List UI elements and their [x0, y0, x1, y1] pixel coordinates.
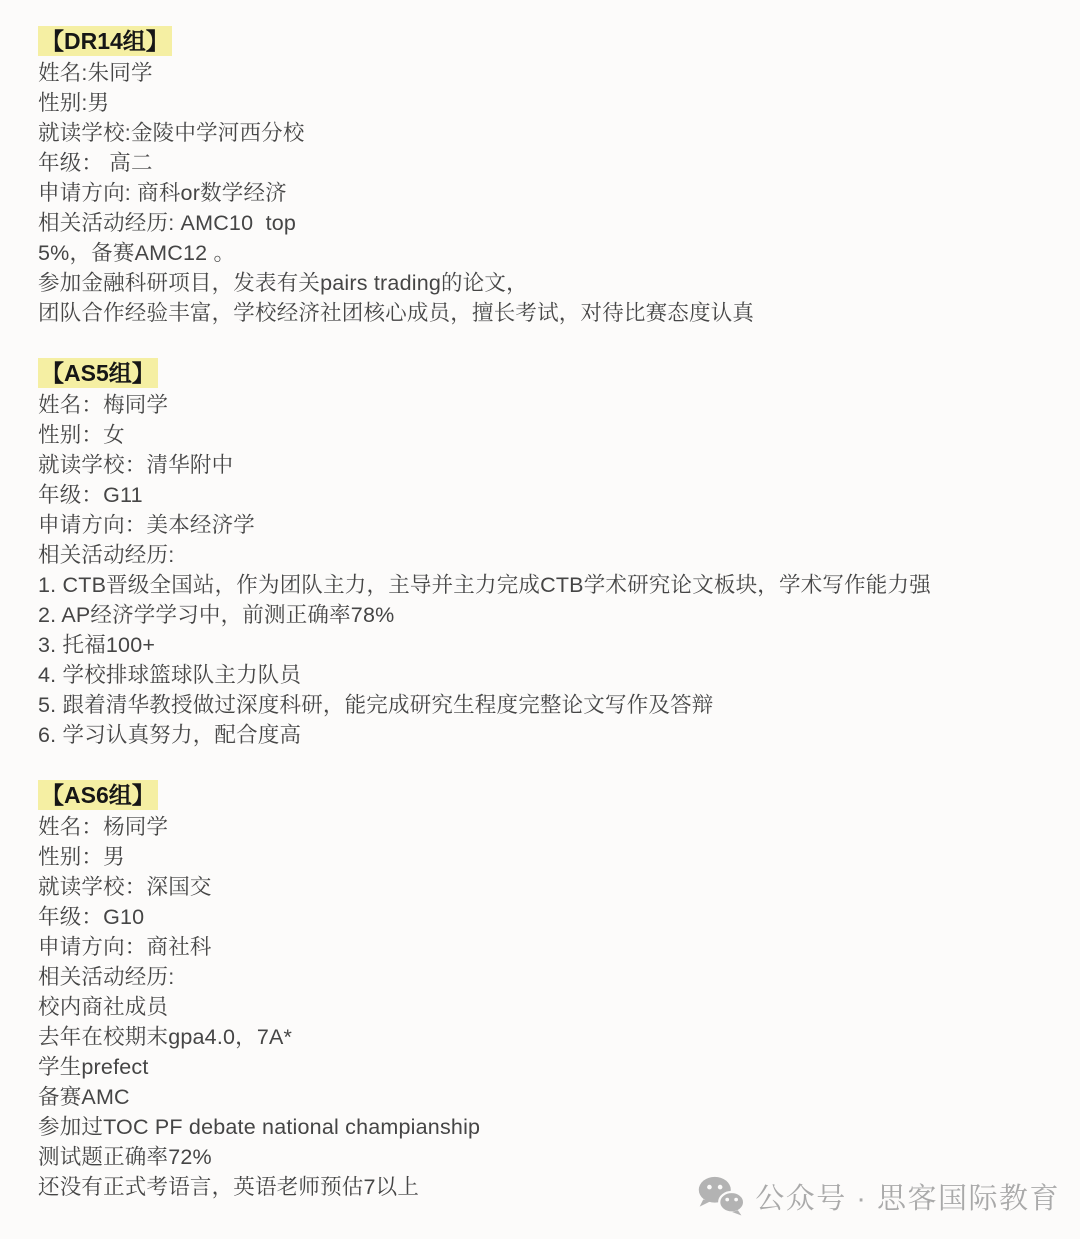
profile-line: 年级： 高二 — [38, 148, 1044, 178]
watermark: 公众号 · 思客国际教育 — [697, 1175, 1060, 1217]
profile-line: 参加金融科研项目，发表有关pairs trading的论文， — [38, 268, 1044, 298]
profile-line: 姓名：杨同学 — [38, 812, 1044, 842]
group-title: 【AS5组】 — [38, 358, 158, 388]
profile-line: 去年在校期末gpa4.0，7A* — [38, 1022, 1044, 1052]
group-lines: 姓名：梅同学性别：女就读学校：清华附中年级：G11申请方向：美本经济学相关活动经… — [38, 390, 1044, 750]
profile-line: 团队合作经验丰富，学校经济社团核心成员，擅长考试，对待比赛态度认真 — [38, 298, 1044, 328]
profile-line: 校内商社成员 — [38, 992, 1044, 1022]
profile-group: 【AS6组】 姓名：杨同学性别：男就读学校：深国交年级：G10申请方向：商社科相… — [38, 780, 1044, 1202]
group-title-row: 【DR14组】 — [38, 26, 1044, 58]
group-lines: 姓名：杨同学性别：男就读学校：深国交年级：G10申请方向：商社科相关活动经历:校… — [38, 812, 1044, 1202]
profile-line: 备赛AMC — [38, 1082, 1044, 1112]
profile-line: 性别:男 — [38, 88, 1044, 118]
group-title: 【DR14组】 — [38, 26, 172, 56]
profile-line: 测试题正确率72% — [38, 1142, 1044, 1172]
profile-line: 5. 跟着清华教授做过深度科研，能完成研究生程度完整论文写作及答辩 — [38, 690, 1044, 720]
profile-line: 年级：G10 — [38, 902, 1044, 932]
profile-line: 4. 学校排球篮球队主力队员 — [38, 660, 1044, 690]
group-title-row: 【AS6组】 — [38, 780, 1044, 812]
profile-line: 5%，备赛AMC12 。 — [38, 238, 1044, 268]
profile-line: 相关活动经历: — [38, 962, 1044, 992]
profile-line: 性别：男 — [38, 842, 1044, 872]
profile-line: 相关活动经历: AMC10 top — [38, 208, 1044, 238]
profile-line: 年级：G11 — [38, 480, 1044, 510]
profiles: 【DR14组】 姓名:朱同学性别:男就读学校:金陵中学河西分校年级： 高二申请方… — [0, 0, 1080, 1202]
profile-group: 【DR14组】 姓名:朱同学性别:男就读学校:金陵中学河西分校年级： 高二申请方… — [38, 26, 1044, 328]
group-title-row: 【AS5组】 — [38, 358, 1044, 390]
profile-line: 申请方向：美本经济学 — [38, 510, 1044, 540]
profile-line: 参加过TOC PF debate national champianship — [38, 1112, 1044, 1142]
group-lines: 姓名:朱同学性别:男就读学校:金陵中学河西分校年级： 高二申请方向: 商科or数… — [38, 58, 1044, 328]
profile-line: 6. 学习认真努力，配合度高 — [38, 720, 1044, 750]
profile-line: 1. CTB晋级全国站，作为团队主力，主导并主力完成CTB学术研究论文板块，学术… — [38, 570, 1044, 600]
profile-line: 就读学校：深国交 — [38, 872, 1044, 902]
profile-line: 就读学校:金陵中学河西分校 — [38, 118, 1044, 148]
profile-group: 【AS5组】 姓名：梅同学性别：女就读学校：清华附中年级：G11申请方向：美本经… — [38, 358, 1044, 750]
profile-line: 相关活动经历: — [38, 540, 1044, 570]
profile-line: 姓名：梅同学 — [38, 390, 1044, 420]
wechat-icon — [697, 1175, 745, 1217]
group-title: 【AS6组】 — [38, 780, 158, 810]
profile-line: 性别：女 — [38, 420, 1044, 450]
profile-line: 2. AP经济学学习中，前测正确率78% — [38, 600, 1044, 630]
profile-line: 就读学校：清华附中 — [38, 450, 1044, 480]
profile-line: 姓名:朱同学 — [38, 58, 1044, 88]
profile-line: 申请方向: 商科or数学经济 — [38, 178, 1044, 208]
profile-line: 学生prefect — [38, 1052, 1044, 1082]
watermark-label: 公众号 · 思客国际教育 — [755, 1176, 1060, 1217]
profile-line: 申请方向：商社科 — [38, 932, 1044, 962]
profile-line: 3. 托福100+ — [38, 630, 1044, 660]
